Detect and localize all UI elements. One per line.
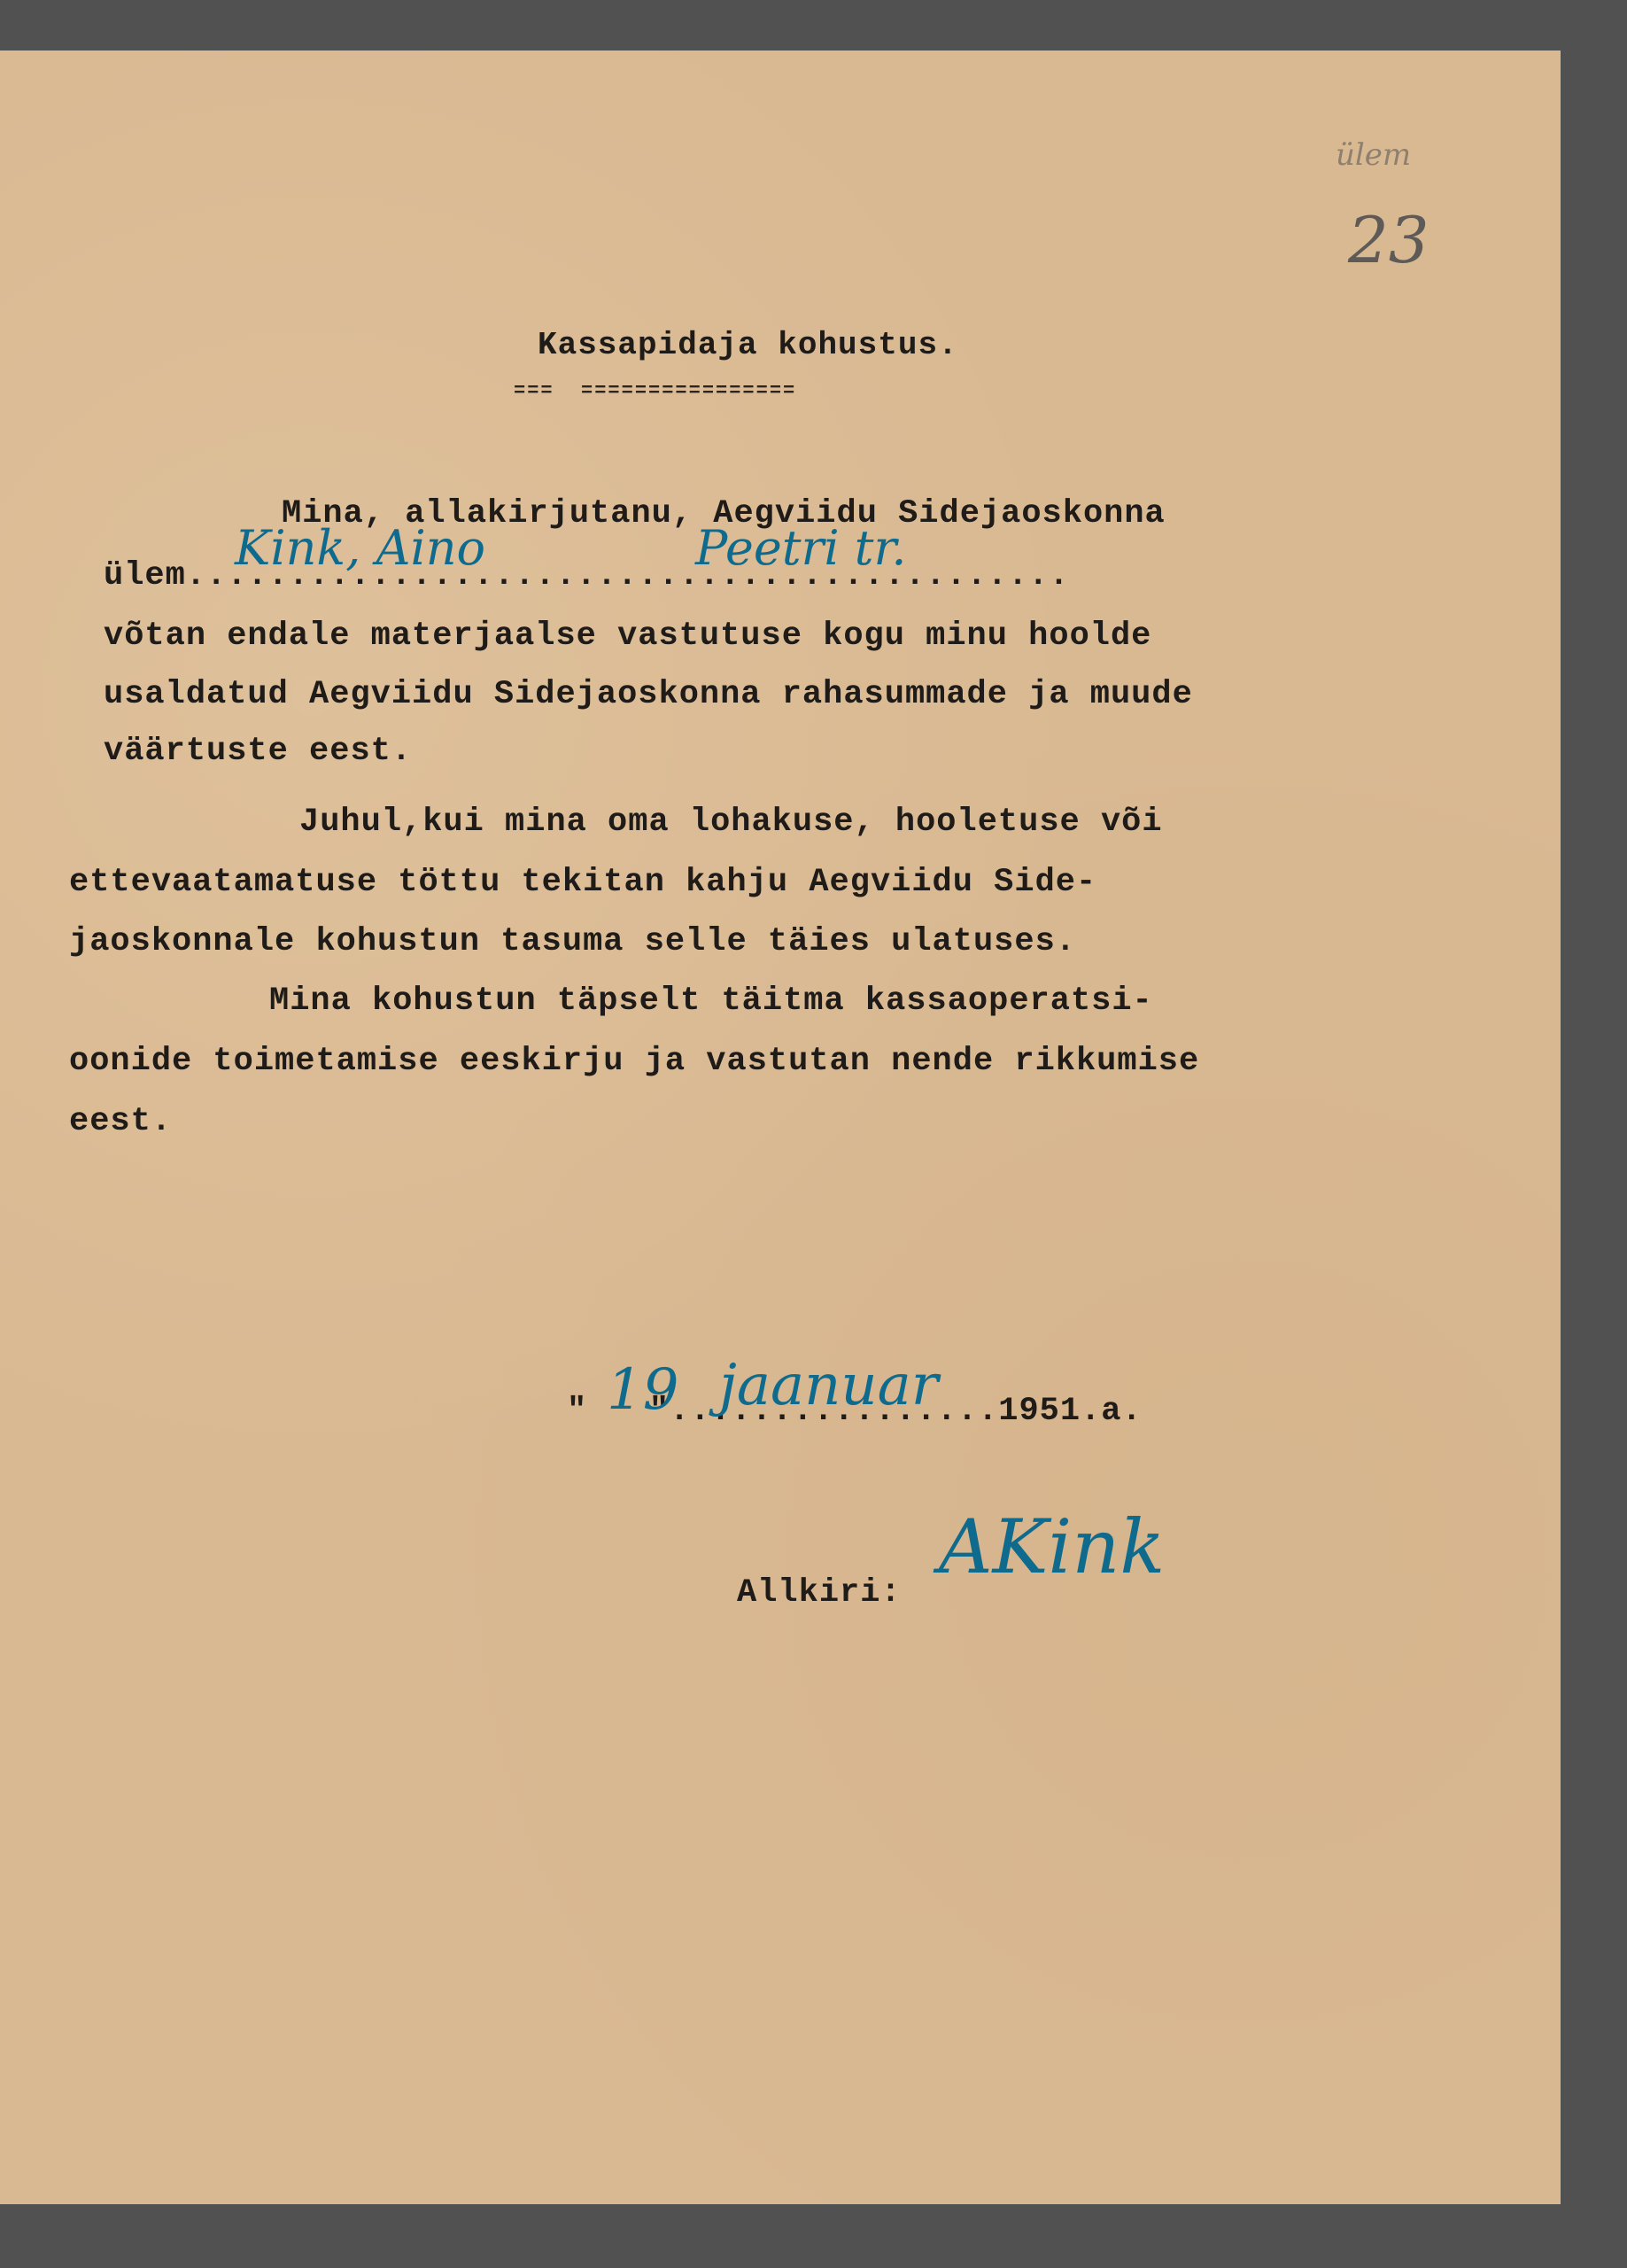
- handwritten-month: jaanuar: [719, 1353, 938, 1418]
- body-line: Juhul,kui mina oma lohakuse, hooletuse v…: [299, 804, 1163, 841]
- handwritten-name: Kink, Aino: [235, 520, 485, 576]
- handwritten-patronymic: Peetri tr.: [695, 520, 907, 576]
- handwritten-signature: AKink: [939, 1503, 1165, 1590]
- document-page: ülem 23 Kassapidaja kohustus. === ======…: [0, 50, 1561, 2204]
- handwritten-day: 19: [607, 1357, 678, 1423]
- body-line: ettevaatamatuse töttu tekitan kahju Aegv…: [69, 864, 1096, 901]
- title-underline: === ================: [514, 380, 796, 402]
- document-title: Kassapidaja kohustus.: [538, 327, 958, 363]
- body-line: väärtuste eest.: [104, 733, 412, 770]
- pencil-corner-note: ülem: [1336, 137, 1411, 173]
- body-line: eest.: [69, 1103, 172, 1140]
- body-line: võtan endale materjaalse vastutuse kogu …: [104, 617, 1151, 655]
- body-line: oonide toimetamise eeskirju ja vastutan …: [69, 1043, 1199, 1080]
- body-line: jaoskonnale kohustun tasuma selle täies …: [69, 923, 1076, 960]
- page-number: 23: [1348, 203, 1429, 277]
- signature-label: Allkiri:: [737, 1574, 902, 1612]
- body-line: usaldatud Aegviidu Sidejaoskonna rahasum…: [104, 676, 1193, 713]
- body-line: Mina kohustun täpselt täitma kassaoperat…: [269, 983, 1153, 1020]
